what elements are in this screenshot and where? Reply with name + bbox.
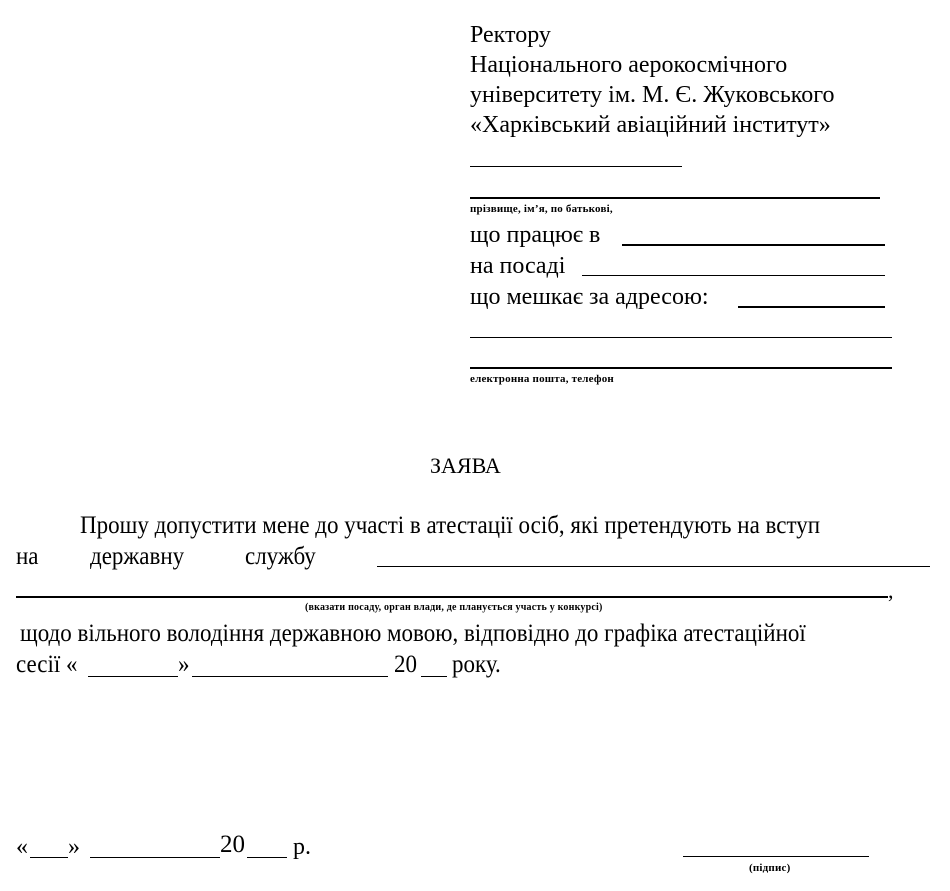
paragraph-2-line-1: щодо вільного володіння державною мовою,… [20,620,806,648]
paragraph-2-suffix: року. [452,651,501,679]
name-caption: прізвище, ім’я, по батькові, [470,203,613,215]
addressee-line-4: «Харківський авіаційний інститут» [470,110,831,140]
address-blank-2[interactable] [470,337,892,338]
paragraph-1-word-3: службу [245,543,316,571]
paragraph-1-line-1: Прошу допустити мене до участі в атестац… [80,512,820,540]
paragraph-1-word-1: на [16,543,39,571]
position-blank[interactable] [582,275,885,276]
session-month-blank[interactable] [192,676,388,677]
date-open-quote: « [16,834,28,861]
applicant-name-blank[interactable] [470,197,880,199]
works-at-label: що працює в [470,222,600,249]
date-month-blank[interactable] [90,857,220,858]
service-blank[interactable] [377,566,930,567]
contacts-blank[interactable] [470,367,892,369]
position-authority-blank[interactable] [16,596,888,598]
rector-name-blank[interactable] [470,166,682,167]
addressee-line-3: університету ім. М. Є. Жуковського [470,80,834,110]
date-day-blank[interactable] [30,857,68,858]
document-title: ЗАЯВА [430,453,501,479]
addressee-line-2: Національного аерокосмічного [470,50,787,80]
addressee-line-1: Ректору [470,20,551,50]
signature-caption: (підпис) [749,862,790,874]
session-day-blank[interactable] [88,676,178,677]
date-year-suffix: р. [293,834,311,861]
contacts-caption: електронна пошта, телефон [470,373,614,385]
position-label: на посаді [470,253,565,280]
works-at-blank[interactable] [622,244,885,246]
position-caption: (вказати посаду, орган влади, де плануєт… [305,602,603,613]
date-close-quote: » [68,834,80,861]
trailing-comma: , [888,578,894,604]
paragraph-2-year: 20 [394,651,417,679]
date-year-blank[interactable] [247,857,287,858]
date-year-prefix: 20 [220,831,245,859]
paragraph-2-prefix: сесії « [16,651,78,679]
paragraph-2-quote-close: » [178,651,190,679]
paragraph-1-word-2: державну [90,543,184,571]
signature-blank[interactable] [683,856,869,857]
address-blank[interactable] [738,306,885,308]
session-year-blank[interactable] [421,676,447,677]
address-label: що мешкає за адресою: [470,284,709,311]
